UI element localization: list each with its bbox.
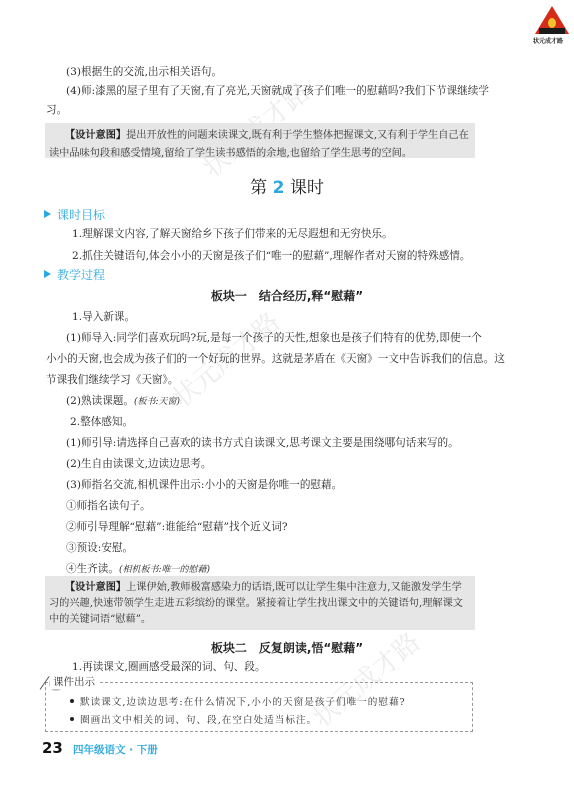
section-process-heading: 教学过程 xyxy=(44,266,105,283)
triangle-bullet-icon xyxy=(44,270,51,278)
book-title: 四年级语文 · 下册 xyxy=(73,742,158,757)
block1-c3: ③预设:安慰。 xyxy=(66,540,133,555)
block1-s1-1-cont: 小小的天窗,也会成为孩子们的一个好玩的世界。这就是茅盾在《天窗》一文中告诉我们的… xyxy=(46,351,505,366)
design-intent-box-2: 【设计意图】上课伊始,教师极富感染力的话语,既可以让学生集中注意力,又能激发学生… xyxy=(45,576,475,630)
block1-c4: ④生齐读。(相机板书:唯一的慰藉) xyxy=(66,561,210,576)
block1-step1: 1.导入新课。 xyxy=(72,309,135,324)
block1-s1-2: (2)熟读课题。(板书:天窗) xyxy=(66,393,180,408)
block1-s2-3: (3)师指名交流,相机课件出示:小小的天窗是你唯一的慰藉。 xyxy=(66,477,342,492)
design-intent-tag: 【设计意图】 xyxy=(65,130,126,141)
block1-s2-2: (2)生自由读课文,边读边思考。 xyxy=(66,456,212,471)
page-number: 23 xyxy=(42,739,63,757)
block1-s2-1: (1)师引导:请选择自己喜欢的读书方式自读课文,思考课文主要是围绕哪句话来写的。 xyxy=(66,435,459,450)
design-intent-tag: 【设计意图】 xyxy=(65,582,126,593)
courseware-label: 课件出示 xyxy=(50,674,98,689)
lesson-title: 第 2 课时 xyxy=(0,173,574,198)
block-2-title: 板块二 反复朗读,悟“慰藉” xyxy=(0,639,574,656)
board-note: (板书:天窗) xyxy=(134,397,180,407)
block1-s1-1-cont2: 节课我们继续学习《天窗》。 xyxy=(46,372,178,387)
block-1-title: 板块一 结合经历,释“慰藉” xyxy=(0,287,574,304)
section-goals-heading: 课时目标 xyxy=(44,206,105,223)
bullet-icon xyxy=(70,699,74,703)
courseware-item: 默读课文,边读边思考:在什么情况下,小小的天窗是孩子们唯一的慰藉? xyxy=(70,694,406,708)
goal-item: 2.抓住关键语句,体会小小的天窗是孩子们“唯一的慰藉”,理解作者对天窗的特殊感情… xyxy=(72,248,470,263)
step-4-cont: 习。 xyxy=(46,102,67,117)
block1-c2: ②师引导理解“慰藉”:谁能给“慰藉”找个近义词? xyxy=(66,519,288,534)
board-note: (相机板书:唯一的慰藉) xyxy=(119,565,210,575)
step-4: (4)师:漆黑的屋子里有了天窗,有了亮光,天窗就成了孩子们唯一的慰藉吗?我们下节… xyxy=(66,83,489,98)
block1-s1-1: (1)师导入:同学们喜欢玩吗?玩,是每一个孩子的天性,想象也是孩子们特有的优势,… xyxy=(66,330,482,345)
design-intent-box-1: 【设计意图】提出开放性的问题来读课文,既有利于学生整体把握课文,又有利于学生自己… xyxy=(45,123,475,158)
block2-step1: 1.再读课文,圈画感受最深的词、句、段。 xyxy=(72,659,266,674)
goal-item: 1.理解课文内容,了解天窗给乡下孩子们带来的无尽遐想和无穷快乐。 xyxy=(72,226,393,241)
bullet-icon xyxy=(70,717,74,721)
publisher-logo: 状元成才路 xyxy=(535,6,569,50)
lesson-number: 2 xyxy=(273,178,285,198)
block1-step2: 2.整体感知。 xyxy=(70,414,133,429)
block1-c1: ①师指名读句子。 xyxy=(66,498,151,513)
step-3: (3)根据生的交流,出示相关语句。 xyxy=(66,64,222,79)
triangle-bullet-icon xyxy=(44,210,51,218)
courseware-item: 圈画出文中相关的词、句、段,在空白处适当标注。 xyxy=(70,712,317,726)
logo-text: 状元成才路 xyxy=(533,36,563,45)
